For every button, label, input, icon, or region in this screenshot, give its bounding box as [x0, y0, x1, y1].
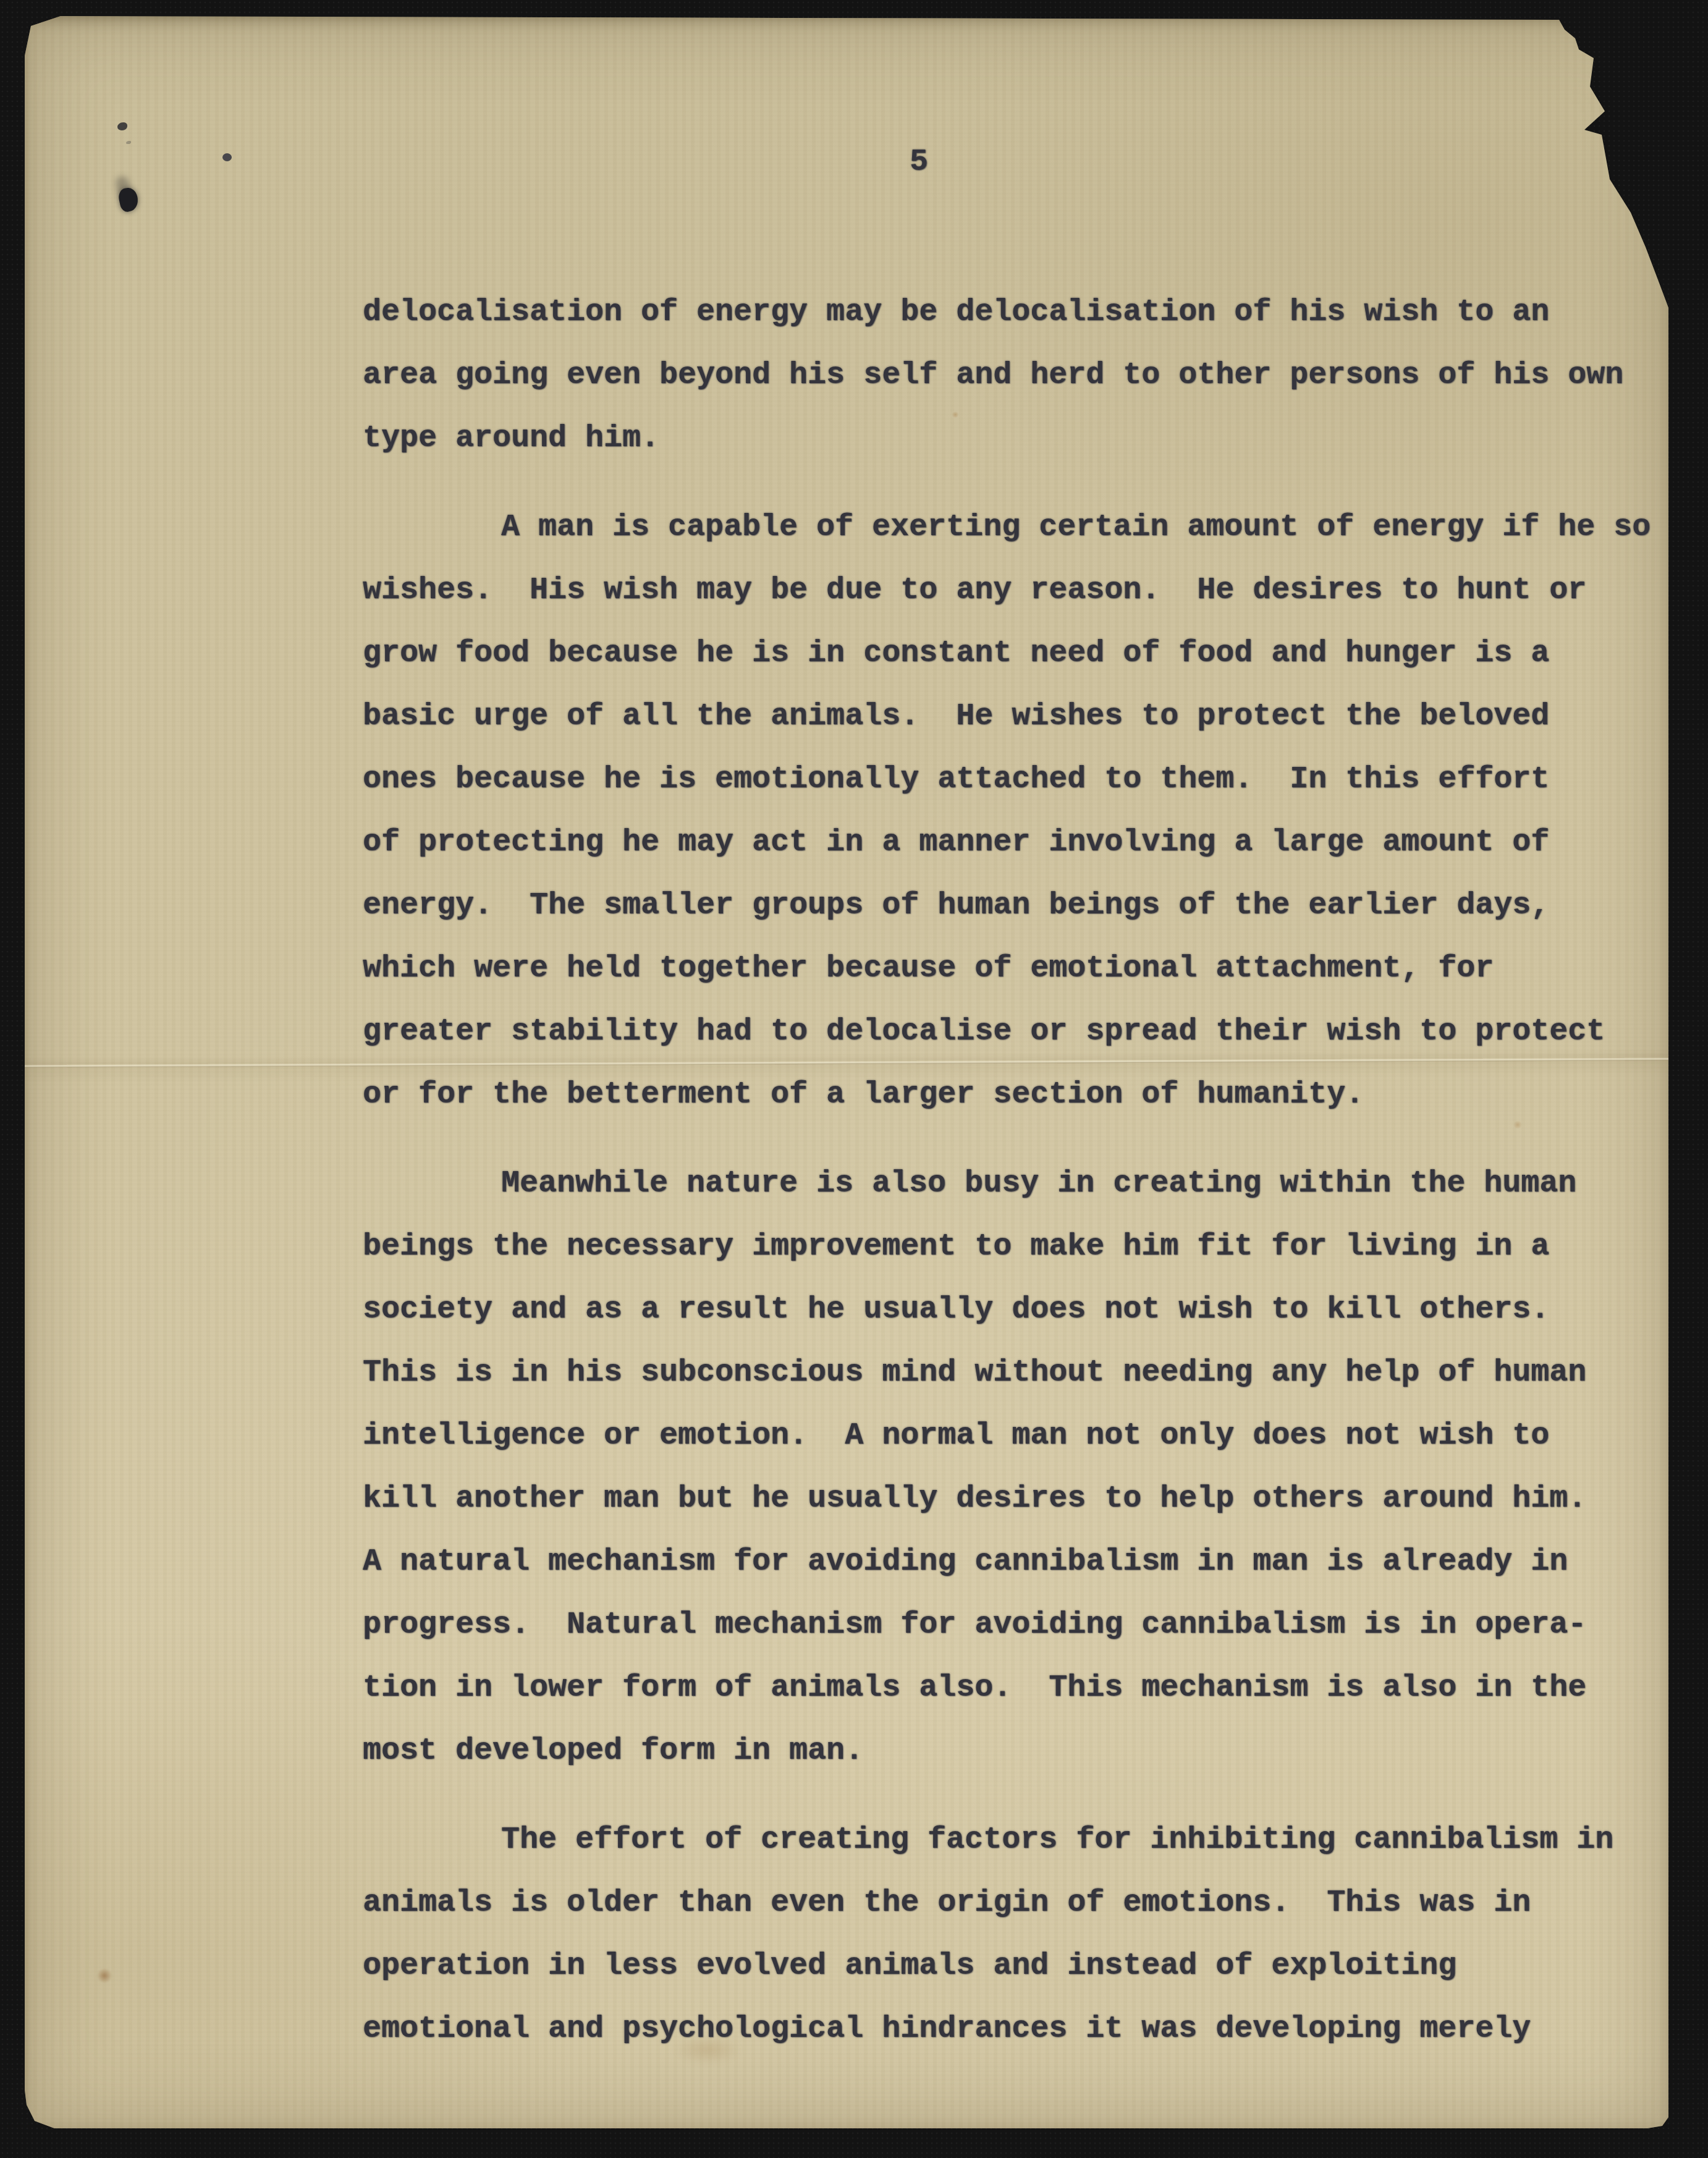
- ink-spot: [222, 153, 232, 161]
- text-line: basic urge of all the animals. He wishes…: [363, 685, 1667, 748]
- text-line: most developed form in man.: [363, 1720, 1667, 1783]
- text-line: society and as a result he usually does …: [363, 1279, 1667, 1342]
- text-line: energy. The smaller groups of human bein…: [363, 874, 1667, 937]
- paragraph: A man is capable of exerting certain amo…: [363, 496, 1667, 1127]
- text-line: Meanwhile nature is also busy in creatin…: [363, 1153, 1667, 1216]
- text-line: wishes. His wish may be due to any reaso…: [363, 559, 1667, 622]
- page-number: 5: [910, 145, 928, 180]
- text-line: A man is capable of exerting certain amo…: [363, 496, 1667, 559]
- typewritten-text: delocalisation of energy may be delocali…: [363, 281, 1667, 2061]
- stain-spot: [96, 1969, 112, 1982]
- text-line: of protecting he may act in a manner inv…: [363, 811, 1667, 874]
- text-line: greater stability had to delocalise or s…: [363, 1001, 1667, 1064]
- text-line: kill another man but he usually desires …: [363, 1468, 1667, 1531]
- text-line: type around him.: [363, 407, 1667, 470]
- scan-background: { "colors": { "background": "#131313", "…: [0, 0, 1708, 2158]
- text-line: This is in his subconscious mind without…: [363, 1342, 1667, 1405]
- text-line: delocalisation of energy may be delocali…: [363, 281, 1667, 344]
- text-line: intelligence or emotion. A normal man no…: [363, 1405, 1667, 1468]
- paragraph: The effort of creating factors for inhib…: [363, 1809, 1667, 2061]
- paragraph: delocalisation of energy may be delocali…: [363, 281, 1667, 470]
- text-line: operation in less evolved animals and in…: [363, 1935, 1667, 1998]
- paragraph: Meanwhile nature is also busy in creatin…: [363, 1153, 1667, 1783]
- text-line: The effort of creating factors for inhib…: [363, 1809, 1667, 1872]
- text-line: area going even beyond his self and herd…: [363, 344, 1667, 407]
- ink-spot: [117, 122, 127, 130]
- text-line: grow food because he is in constant need…: [363, 622, 1667, 685]
- text-line: progress. Natural mechanism for avoiding…: [363, 1594, 1667, 1657]
- paper-sheet: 5 delocalisation of energy may be deloca…: [25, 16, 1668, 2128]
- text-line: A natural mechanism for avoiding canniba…: [363, 1531, 1667, 1594]
- ink-spot: [117, 186, 140, 213]
- text-line: beings the necessary improvement to make…: [363, 1216, 1667, 1279]
- text-line: emotional and psychological hindrances i…: [363, 1998, 1667, 2061]
- text-line: tion in lower form of animals also. This…: [363, 1657, 1667, 1720]
- text-line: ones because he is emotionally attached …: [363, 748, 1667, 811]
- text-line: or for the betterment of a larger sectio…: [363, 1064, 1667, 1127]
- text-line: animals is older than even the origin of…: [363, 1872, 1667, 1935]
- text-line: which were held together because of emot…: [363, 937, 1667, 1001]
